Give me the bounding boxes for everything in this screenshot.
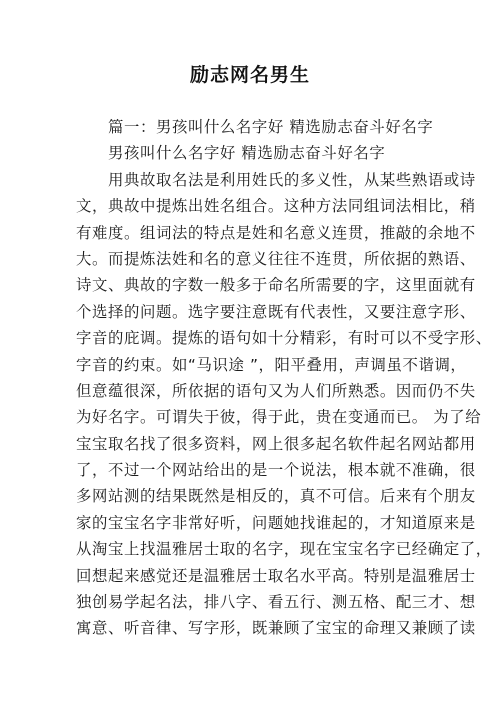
paragraph-line: 但意蕴很深，所依据的语句又为人们所熟悉。因而仍不失 — [76, 378, 418, 404]
document-body: 篇一：男孩叫什么名字好 精选励志奋斗好名字 男孩叫什么名字好 精选励志奋斗好名字… — [76, 114, 418, 642]
paragraph-line: 独创易学起名法，排八字、看五行、测五格、配三才、想 — [76, 589, 418, 615]
paragraph-line: 文，典故中提炼出姓名组合。这种方法同组词法相比，稍 — [76, 193, 418, 219]
paragraph-line: 宝宝取名找了很多资料，网上很多起名软件起名网站都用 — [76, 431, 418, 457]
paragraph-line: 从淘宝上找温雅居士取的名字，现在宝宝名字已经确定了， — [76, 536, 418, 562]
paragraph-line: 用典故取名法是利用姓氏的多义性，从某些熟语或诗 — [76, 167, 418, 193]
subtitle-line: 篇一：男孩叫什么名字好 精选励志奋斗好名字 — [76, 114, 418, 140]
paragraph-line: 为好名字。可谓失于彼，得于此，贵在变通而已。 为了给 — [76, 404, 418, 430]
paragraph-line: 多网站测的结果既然是相反的，真不可信。后来有个朋友 — [76, 483, 418, 509]
paragraph-line: 诗文、典故的字数一般多于命名所需要的字，这里面就有 — [76, 272, 418, 298]
paragraph-line: 个选择的问题。选字要注意既有代表性，又要注意字形、 — [76, 299, 418, 325]
paragraph-line: 了，不过一个网站给出的是一个说法，根本就不准确，很 — [76, 457, 418, 483]
subtitle-line: 男孩叫什么名字好 精选励志奋斗好名字 — [76, 140, 418, 166]
document-title: 励志网名男生 — [0, 60, 500, 87]
paragraph-line: 寓意、听音律、写字形，既兼顾了宝宝的命理又兼顾了读 — [76, 615, 418, 641]
paragraph-line: 回想起来感觉还是温雅居士取名水平高。特别是温雅居士 — [76, 563, 418, 589]
paragraph-line: 家的宝宝名字非常好听，问题她找谁起的，才知道原来是 — [76, 510, 418, 536]
paragraph-line: 字音的约束。如“马识途 ”，阳平叠用，声调虽不谐调， — [76, 352, 418, 378]
paragraph-line: 有难度。组词法的特点是姓和名意义连贯，推敲的余地不 — [76, 220, 418, 246]
paragraph-line: 字音的庇调。提炼的语句如十分精彩，有时可以不受字形、 — [76, 325, 418, 351]
paragraph-line: 大。而提炼法姓和名的意义往往不连贯，所依据的熟语、 — [76, 246, 418, 272]
document-page: 励志网名男生 篇一：男孩叫什么名字好 精选励志奋斗好名字 男孩叫什么名字好 精选… — [0, 0, 500, 707]
